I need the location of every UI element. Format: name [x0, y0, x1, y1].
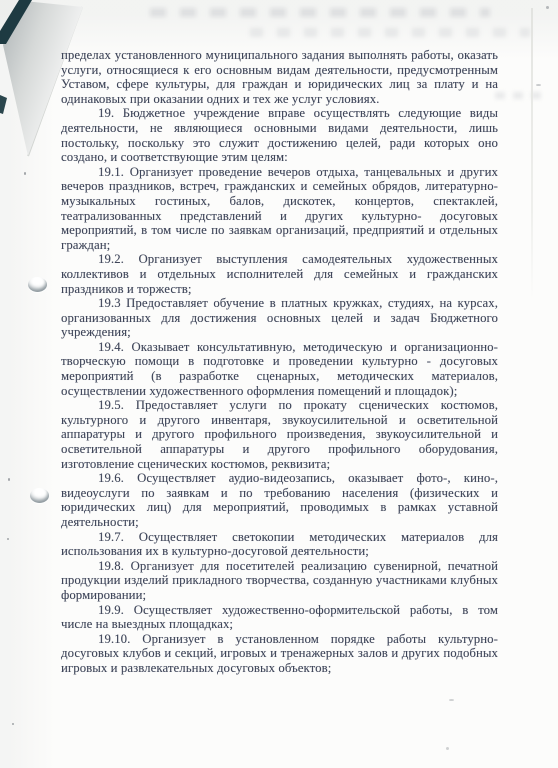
document-paragraph: 19.6. Осуществляет аудио-видеозапись, ок…: [61, 471, 498, 529]
scan-speck: [449, 699, 454, 701]
document-text-block: пределах установленного муниципального з…: [61, 48, 498, 676]
document-paragraph: 19.1. Организует проведение вечеров отды…: [61, 165, 498, 253]
scanned-document-page: пределах установленного муниципального з…: [0, 0, 558, 768]
document-paragraph: пределах установленного муниципального з…: [61, 48, 498, 106]
document-paragraph: 19.8. Организует для посетителей реализа…: [61, 559, 498, 603]
scan-speck: [536, 84, 541, 86]
document-paragraph: 19.7. Осуществляет светокопии методическ…: [61, 530, 498, 559]
binder-hole: [28, 277, 47, 292]
binder-hole: [30, 488, 49, 503]
scan-speck: [546, 6, 549, 9]
document-paragraph: 19.3 Предоставляет обучение в платных кр…: [61, 296, 498, 340]
scan-speck: [8, 478, 10, 481]
bleed-through-smudge: [250, 28, 530, 37]
scan-speck: [12, 723, 14, 725]
bleed-through-smudge: [150, 8, 490, 17]
dark-cover-patch: [0, 95, 7, 114]
scan-speck: [446, 747, 449, 750]
document-paragraph: 19.2. Организует выступления самодеятель…: [61, 252, 498, 296]
document-paragraph: 19.9. Осуществляет художественно-оформит…: [61, 603, 498, 632]
scan-speck: [7, 538, 9, 540]
document-paragraph: 19. Бюджетное учреждение вправе осуществ…: [61, 106, 498, 164]
bleed-through-smudge: [495, 92, 545, 99]
page-edge-line: [531, 8, 533, 300]
document-paragraph: 19.4. Оказывает консультативную, методич…: [61, 340, 498, 398]
scan-speck: [24, 172, 26, 175]
document-paragraph: 19.10. Организует в установленном порядк…: [61, 632, 498, 676]
document-paragraph: 19.5. Предоставляет услуги по прокату сц…: [61, 398, 498, 471]
